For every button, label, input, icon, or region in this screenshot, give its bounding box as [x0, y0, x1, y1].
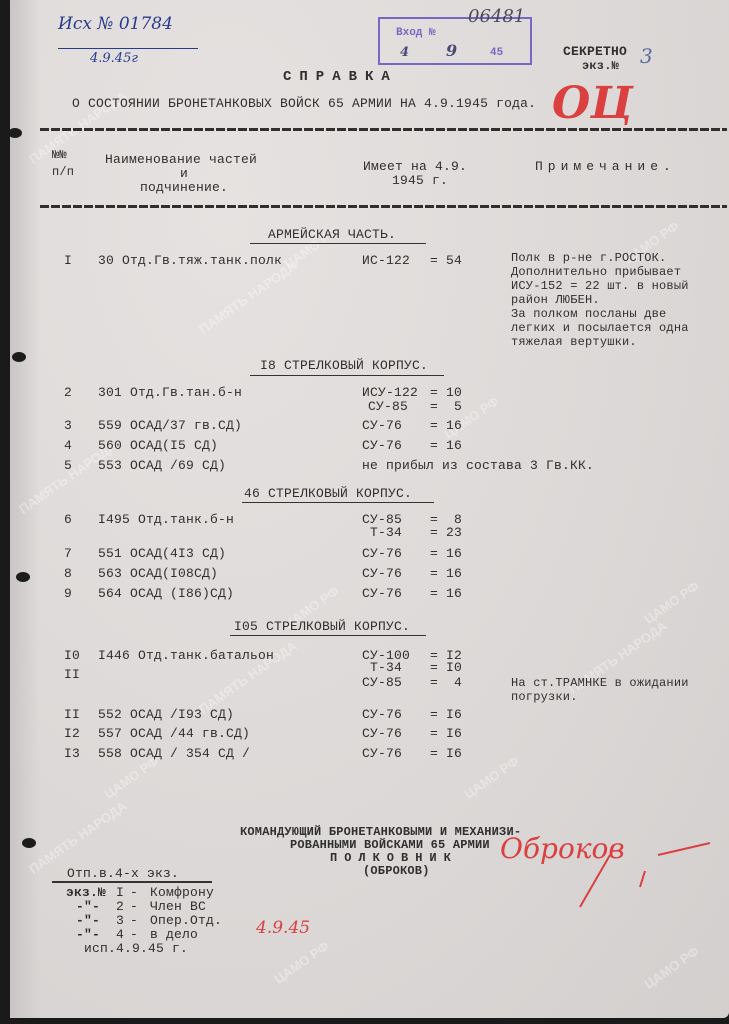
- vehicle-type: СУ-76: [362, 418, 402, 433]
- signature-strokes: [560, 835, 720, 915]
- outgoing-number: Исх № 01784: [58, 14, 173, 34]
- row-unit-name: 560 ОСАД(I5 СД): [98, 438, 218, 453]
- punch-hole: [12, 352, 26, 362]
- copy-label: экз.№: [582, 59, 619, 73]
- punch-hole: [22, 838, 36, 848]
- dist-prefix: -"-: [76, 927, 100, 942]
- row-num: 5: [64, 458, 72, 473]
- row-unit-name: 551 ОСАД(4I3 СД): [98, 546, 226, 561]
- count-value: 4: [454, 675, 462, 690]
- row-num: 3: [64, 418, 72, 433]
- section-underline: [250, 243, 426, 244]
- section-underline: [250, 375, 444, 376]
- red-mark: ОЦ: [552, 78, 633, 129]
- dist-prefix: экз.№: [66, 885, 106, 900]
- count-value: I0: [446, 660, 462, 675]
- dist-num: 4: [116, 927, 124, 942]
- stamp-day: 4: [400, 45, 409, 60]
- vehicle-count: = 10: [430, 385, 462, 400]
- signature-line2: РОВАННЫМИ ВОЙСКАМИ 65 АРМИИ: [290, 838, 490, 852]
- vehicle-type: СУ-85: [362, 675, 402, 690]
- row-note-line: район ЛЮБЕН.: [511, 293, 600, 307]
- vehicle-type: СУ-76: [362, 726, 402, 741]
- row-unit-name: I495 Отд.танк.б-н: [98, 512, 234, 527]
- row-unit-name: 558 ОСАД / 354 СД /: [98, 746, 250, 761]
- row-unit-name: 301 Отд.Гв.тан.б-н: [98, 385, 242, 400]
- row-note-line: тяжелая вертушки.: [511, 335, 637, 349]
- dist-dash: -: [130, 899, 138, 914]
- row-num: 7: [64, 546, 72, 561]
- vehicle-count: = I6: [430, 746, 462, 761]
- dist-num: I: [116, 885, 124, 900]
- row-note-line: Полк в р-не г.РОСТОК.: [511, 251, 666, 265]
- col-name-line2: и: [180, 166, 188, 181]
- dist-dash: -: [130, 913, 138, 928]
- row-num: 4: [64, 438, 72, 453]
- vehicle-count: = I0: [430, 660, 462, 675]
- outgoing-underline: [58, 48, 198, 49]
- row-unit-name: 552 ОСАД /I93 СД): [98, 707, 234, 722]
- count-value: I6: [446, 746, 462, 761]
- dist-dash: -: [130, 927, 138, 942]
- row-num: I2: [64, 726, 80, 741]
- vehicle-count: = 5: [430, 399, 462, 414]
- col-name-line3: подчинение.: [140, 180, 228, 195]
- count-value: I6: [446, 707, 462, 722]
- row-note-line: За полком посланы две: [511, 307, 666, 321]
- stamp-number: 06481: [468, 6, 525, 27]
- dist-prefix: -"-: [76, 899, 100, 914]
- dist-recipient: Комфрону: [150, 885, 214, 900]
- copy-number: 3: [640, 44, 653, 68]
- outgoing-date: 4.9.45г: [90, 51, 138, 66]
- vehicle-type: СУ-76: [362, 546, 402, 561]
- vehicle-count: = 16: [430, 418, 462, 433]
- dist-prefix: -"-: [76, 913, 100, 928]
- col-num-line2: п/п: [52, 165, 74, 179]
- col-num-line1: №№: [52, 148, 67, 162]
- row-note-line: Дополнительно прибывает: [511, 265, 681, 279]
- row-unit-name: 553 ОСАД /69 СД): [98, 458, 226, 473]
- punch-hole: [16, 572, 30, 582]
- header-divider: [40, 128, 727, 131]
- row-unit-name: 559 ОСАД/37 гв.СД): [98, 418, 242, 433]
- red-date: 4.9.45: [256, 918, 310, 938]
- col-note: Примечание.: [535, 159, 676, 174]
- row-num: 9: [64, 586, 72, 601]
- vehicle-count: = 16: [430, 566, 462, 581]
- row-num: 6: [64, 512, 72, 527]
- count-value: 10: [446, 385, 462, 400]
- row-num: I: [64, 253, 72, 268]
- count-value: 16: [446, 586, 462, 601]
- dist-num: 3: [116, 913, 124, 928]
- stamp-month: 9: [446, 41, 457, 60]
- columns-divider: [40, 205, 727, 208]
- row-unit-name: 30 Отд.Гв.тяж.танк.полк: [98, 253, 282, 268]
- row-unit-name: I446 Отд.танк.батальон: [98, 648, 274, 663]
- distribution-underline: [52, 881, 212, 883]
- stamp-label: Вход №: [396, 27, 436, 39]
- row-num: II: [64, 667, 80, 682]
- count-value: 5: [454, 399, 462, 414]
- row-num: 2: [64, 385, 72, 400]
- row-unit-name: 564 ОСАД (I86)СД): [98, 586, 234, 601]
- row-note-line: ИСУ-152 = 22 шт. в новый: [511, 279, 689, 293]
- page-subtitle: О СОСТОЯНИИ БРОНЕТАНКОВЫХ ВОЙСК 65 АРМИИ…: [72, 96, 536, 111]
- vehicle-type: ИС-122: [362, 253, 410, 268]
- vehicle-type: Т-34: [370, 660, 402, 675]
- col-have-line1: Имеет на 4.9.: [363, 159, 467, 174]
- vehicle-count: = 16: [430, 438, 462, 453]
- punch-hole: [8, 128, 22, 138]
- vehicle-count: = 23: [430, 525, 462, 540]
- count-value: 16: [446, 418, 462, 433]
- row-unit-name: 557 ОСАД /44 гв.СД): [98, 726, 250, 741]
- section-underline: [242, 502, 434, 503]
- section-title: АРМЕЙСКАЯ ЧАСТЬ.: [268, 227, 396, 242]
- vehicle-type: Т-34: [370, 525, 402, 540]
- signature-line1: КОМАНДУЮЩИЙ БРОНЕТАНКОВЫМИ И МЕХАНИЗИ-: [240, 825, 521, 839]
- row-num: I0: [64, 648, 80, 663]
- row-num: II: [64, 707, 80, 722]
- count-value: 23: [446, 525, 462, 540]
- vehicle-type: СУ-76: [362, 746, 402, 761]
- col-have-line2: 1945 г.: [392, 173, 448, 188]
- executed-date: исп.4.9.45 г.: [84, 941, 188, 956]
- row-unit-name: 563 ОСАД(I08СД): [98, 566, 218, 581]
- signature-name: (ОБРОКОВ): [363, 864, 430, 878]
- dist-num: 2: [116, 899, 124, 914]
- dist-recipient: в дело: [150, 927, 198, 942]
- section-underline: [230, 635, 426, 636]
- count-value: 54: [446, 253, 462, 268]
- vehicle-type: СУ-76: [362, 566, 402, 581]
- row-status: не прибыл из состава 3 Гв.КК.: [362, 458, 594, 473]
- dist-recipient: Член ВС: [150, 899, 206, 914]
- row-num: 8: [64, 566, 72, 581]
- vehicle-count: = 16: [430, 546, 462, 561]
- section-title: I05 СТРЕЛКОВЫЙ КОРПУС.: [234, 619, 410, 634]
- dist-dash: -: [130, 885, 138, 900]
- row-num: I3: [64, 746, 80, 761]
- row-note-line: легких и посылается одна: [511, 321, 689, 335]
- secrecy-label: СЕКРЕТНО: [563, 44, 627, 59]
- vehicle-type: СУ-85: [368, 399, 408, 414]
- vehicle-count: = 54: [430, 253, 462, 268]
- count-value: 16: [446, 566, 462, 581]
- signature-rank: ПОЛКОВНИК: [330, 851, 458, 865]
- vehicle-type: СУ-76: [362, 586, 402, 601]
- dist-recipient: Опер.Отд.: [150, 913, 222, 928]
- section-title: I8 СТРЕЛКОВЫЙ КОРПУС.: [260, 358, 428, 373]
- row-note-line: погрузки.: [511, 690, 578, 704]
- vehicle-count: = 16: [430, 586, 462, 601]
- stamp-year: 45: [490, 47, 503, 59]
- vehicle-type: СУ-76: [362, 438, 402, 453]
- col-name-line1: Наименование частей: [105, 152, 257, 167]
- vehicle-type: ИСУ-122: [362, 385, 418, 400]
- vehicle-count: = I6: [430, 726, 462, 741]
- count-value: 16: [446, 438, 462, 453]
- count-value: I6: [446, 726, 462, 741]
- vehicle-count: = 4: [430, 675, 462, 690]
- page-title: СПРАВКА: [283, 69, 398, 85]
- count-value: 16: [446, 546, 462, 561]
- row-note-line: На ст.ТРАМНКЕ в ожидании: [511, 676, 689, 690]
- distribution-title: Отп.в.4-х экз.: [67, 866, 179, 881]
- section-title: 46 СТРЕЛКОВЫЙ КОРПУС.: [244, 486, 412, 501]
- vehicle-count: = I6: [430, 707, 462, 722]
- vehicle-type: СУ-76: [362, 707, 402, 722]
